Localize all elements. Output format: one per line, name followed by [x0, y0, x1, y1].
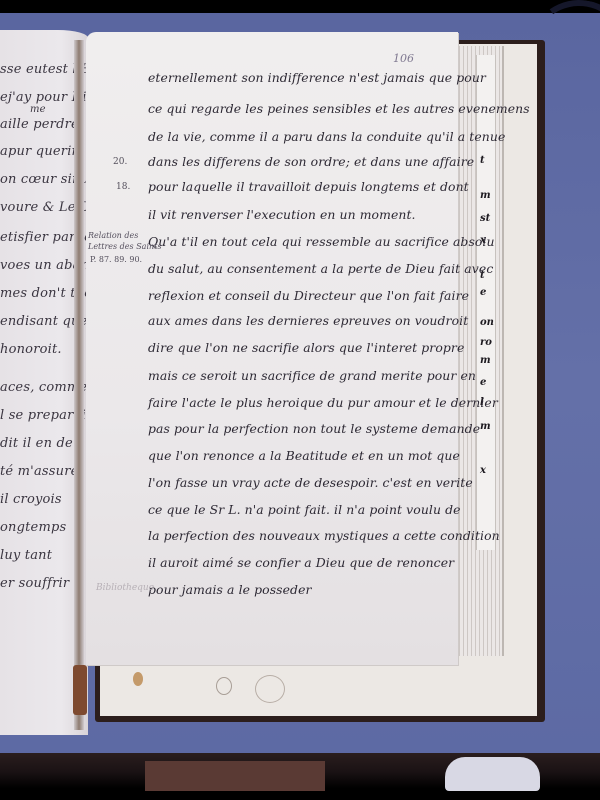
folio-number: 106 — [393, 52, 414, 65]
spine-tear — [73, 665, 87, 715]
text-line: dans les differens de son ordre; et dans… — [148, 154, 474, 169]
slip-char: m — [480, 421, 491, 432]
background-object — [145, 761, 325, 791]
slip-char: e — [480, 377, 486, 388]
stain — [216, 677, 232, 695]
slip-char: on — [480, 317, 494, 328]
text-line: la perfection des nouveaux mystiques a c… — [148, 528, 500, 543]
background-cloth — [445, 757, 540, 791]
text-line: mais ce seroit un sacrifice de grand mer… — [148, 368, 476, 383]
margin-number: 18. — [116, 182, 130, 192]
text-line: eternellement son indifference n'est jam… — [148, 70, 486, 85]
left-line: il croyois — [0, 492, 62, 507]
slip-char: e — [480, 287, 486, 298]
slip-char: m — [480, 355, 491, 366]
margin-number: 20. — [113, 157, 127, 167]
left-line: er souffrir — [0, 576, 69, 591]
text-line: ce que le Sr L. n'a point fait. il n'a p… — [148, 502, 461, 517]
text-line: ce qui regarde les peines sensibles et l… — [148, 101, 530, 116]
margin-note: P. 87. 89. 90. — [90, 255, 142, 264]
left-line: ongtemps — [0, 520, 66, 535]
text-line: du salut, au consentement a la perte de … — [148, 261, 493, 276]
text-line: l'on fasse un vray acte de desespoir. c'… — [148, 475, 473, 490]
table-edge — [0, 753, 600, 800]
text-line: pour jamais a le posseder — [148, 582, 312, 597]
margin-note: Lettres des Saints — [88, 242, 161, 251]
slip-char: x — [480, 465, 486, 476]
slip-char: ro — [480, 337, 492, 348]
stain — [255, 675, 285, 703]
text-line: aux ames dans les dernieres epreuves on … — [148, 313, 468, 328]
left-line: aille perdre — [0, 117, 79, 132]
text-line: de la vie, comme il a paru dans la condu… — [148, 129, 505, 144]
text-line: il auroit aimé se confier a Dieu que de … — [148, 555, 454, 570]
text-line: pas pour la perfection non tout le syste… — [148, 421, 480, 436]
stain — [133, 672, 143, 686]
text-line: pour laquelle il travailloit depuis long… — [148, 179, 469, 194]
margin-note: Relation des — [88, 231, 138, 240]
text-line: Qu'a t'il en tout cela qui ressemble au … — [148, 234, 495, 249]
left-line: honoroit. — [0, 342, 62, 357]
slip-char: st — [480, 213, 490, 224]
slip-char: m — [480, 190, 491, 201]
text-line: faire l'acte le plus heroique du pur amo… — [148, 395, 498, 410]
left-line: me — [30, 104, 46, 115]
left-line: apur querir — [0, 144, 78, 159]
text-line: reflexion et conseil du Directeur que l'… — [148, 288, 469, 303]
left-line: luy tant — [0, 548, 52, 563]
left-line: té m'assure — [0, 464, 79, 479]
text-line: il vit renverser l'execution en un momen… — [148, 207, 416, 222]
slip-char: t — [480, 155, 485, 166]
faint-stamp: Bibliotheque — [96, 583, 154, 593]
left-line: dit il en de — [0, 436, 73, 451]
book-spine — [74, 40, 84, 730]
text-line: dire que l'on ne sacrifie alors que l'in… — [148, 340, 464, 355]
text-line: que l'on renonce a la Beatitude et en un… — [148, 448, 460, 463]
